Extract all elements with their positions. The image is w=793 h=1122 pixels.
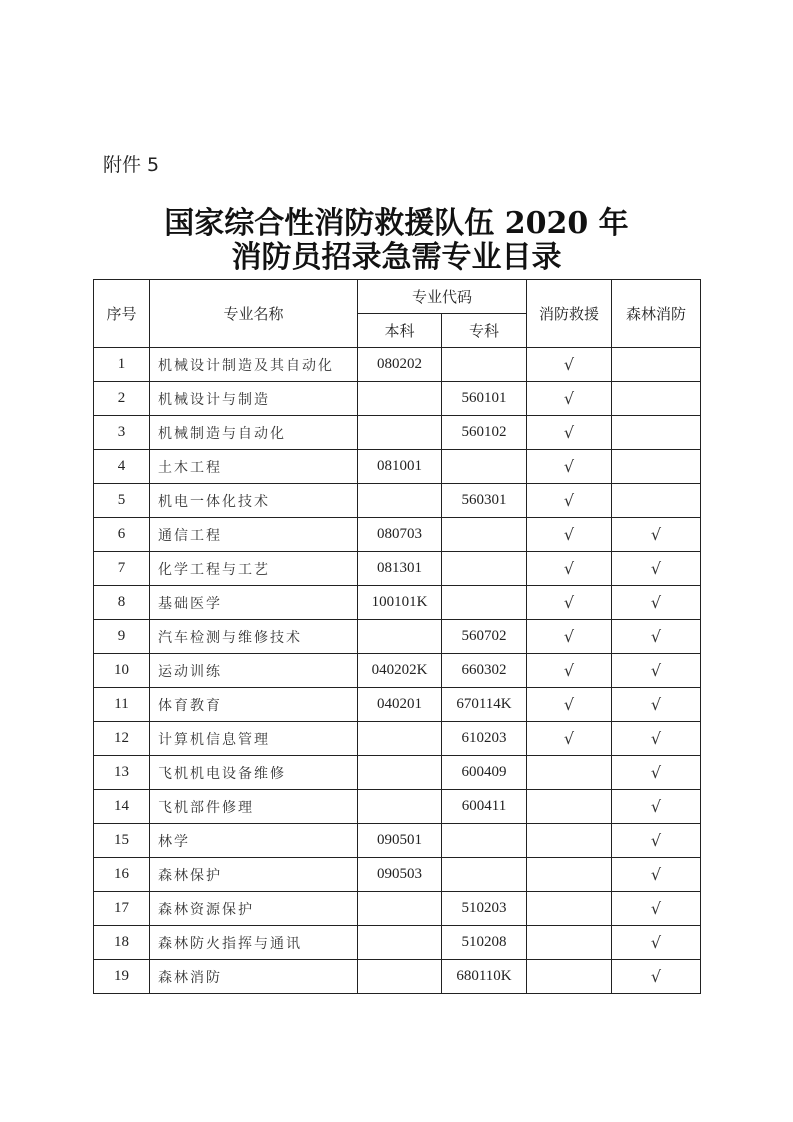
major-name: 森林防火指挥与通讯 bbox=[150, 926, 358, 960]
college-code: 560301 bbox=[442, 484, 527, 518]
undergrad-code: 090503 bbox=[358, 858, 442, 892]
major-name: 体育教育 bbox=[150, 688, 358, 722]
major-name: 机电一体化技术 bbox=[150, 484, 358, 518]
fire-rescue-check: √ bbox=[527, 450, 612, 484]
college-code bbox=[442, 518, 527, 552]
undergrad-code: 081001 bbox=[358, 450, 442, 484]
forest-fire-check: √ bbox=[612, 892, 701, 926]
fire-rescue-check bbox=[527, 926, 612, 960]
row-index: 16 bbox=[94, 858, 150, 892]
header-row: 序号 专业名称 专业代码 消防救援 森林消防 bbox=[94, 280, 701, 314]
fire-rescue-check bbox=[527, 960, 612, 994]
forest-fire-check bbox=[612, 348, 701, 382]
row-index: 18 bbox=[94, 926, 150, 960]
college-code: 660302 bbox=[442, 654, 527, 688]
major-name: 机械制造与自动化 bbox=[150, 416, 358, 450]
header-undergrad: 本科 bbox=[358, 314, 442, 348]
undergrad-code bbox=[358, 484, 442, 518]
table-row: 10运动训练040202K660302√√ bbox=[94, 654, 701, 688]
row-index: 15 bbox=[94, 824, 150, 858]
table-row: 12计算机信息管理610203√√ bbox=[94, 722, 701, 756]
fire-rescue-check: √ bbox=[527, 654, 612, 688]
major-name: 飞机机电设备维修 bbox=[150, 756, 358, 790]
table-row: 2机械设计与制造560101√ bbox=[94, 382, 701, 416]
majors-table: 序号 专业名称 专业代码 消防救援 森林消防 本科 专科 1机械设计制造及其自动… bbox=[93, 279, 701, 994]
college-code bbox=[442, 450, 527, 484]
table-row: 4土木工程081001√ bbox=[94, 450, 701, 484]
undergrad-code bbox=[358, 382, 442, 416]
fire-rescue-check: √ bbox=[527, 688, 612, 722]
undergrad-code: 080703 bbox=[358, 518, 442, 552]
table-row: 19森林消防680110K√ bbox=[94, 960, 701, 994]
fire-rescue-check: √ bbox=[527, 382, 612, 416]
undergrad-code: 100101K bbox=[358, 586, 442, 620]
major-name: 土木工程 bbox=[150, 450, 358, 484]
table-row: 14飞机部件修理600411√ bbox=[94, 790, 701, 824]
forest-fire-check: √ bbox=[612, 552, 701, 586]
forest-fire-check bbox=[612, 450, 701, 484]
fire-rescue-check: √ bbox=[527, 552, 612, 586]
row-index: 6 bbox=[94, 518, 150, 552]
forest-fire-check: √ bbox=[612, 722, 701, 756]
row-index: 17 bbox=[94, 892, 150, 926]
table-row: 17森林资源保护510203√ bbox=[94, 892, 701, 926]
row-index: 9 bbox=[94, 620, 150, 654]
undergrad-code bbox=[358, 892, 442, 926]
row-index: 10 bbox=[94, 654, 150, 688]
header-forest-fire: 森林消防 bbox=[612, 280, 701, 348]
row-index: 11 bbox=[94, 688, 150, 722]
row-index: 12 bbox=[94, 722, 150, 756]
undergrad-code bbox=[358, 756, 442, 790]
row-index: 13 bbox=[94, 756, 150, 790]
forest-fire-check bbox=[612, 484, 701, 518]
major-name: 飞机部件修理 bbox=[150, 790, 358, 824]
undergrad-code bbox=[358, 416, 442, 450]
college-code bbox=[442, 348, 527, 382]
row-index: 3 bbox=[94, 416, 150, 450]
forest-fire-check: √ bbox=[612, 620, 701, 654]
forest-fire-check bbox=[612, 382, 701, 416]
college-code: 680110K bbox=[442, 960, 527, 994]
fire-rescue-check bbox=[527, 892, 612, 926]
table-row: 11体育教育040201670114K√√ bbox=[94, 688, 701, 722]
major-name: 化学工程与工艺 bbox=[150, 552, 358, 586]
forest-fire-check: √ bbox=[612, 654, 701, 688]
table-row: 8基础医学100101K√√ bbox=[94, 586, 701, 620]
college-code: 600409 bbox=[442, 756, 527, 790]
undergrad-code bbox=[358, 960, 442, 994]
table-row: 13飞机机电设备维修600409√ bbox=[94, 756, 701, 790]
fire-rescue-check: √ bbox=[527, 722, 612, 756]
row-index: 1 bbox=[94, 348, 150, 382]
college-code bbox=[442, 586, 527, 620]
fire-rescue-check: √ bbox=[527, 484, 612, 518]
college-code: 510208 bbox=[442, 926, 527, 960]
undergrad-code bbox=[358, 790, 442, 824]
college-code: 510203 bbox=[442, 892, 527, 926]
major-name: 汽车检测与维修技术 bbox=[150, 620, 358, 654]
table-row: 3机械制造与自动化560102√ bbox=[94, 416, 701, 450]
forest-fire-check bbox=[612, 416, 701, 450]
college-code bbox=[442, 824, 527, 858]
table-row: 6通信工程080703√√ bbox=[94, 518, 701, 552]
forest-fire-check: √ bbox=[612, 586, 701, 620]
table-body: 1机械设计制造及其自动化080202√2机械设计与制造560101√3机械制造与… bbox=[94, 348, 701, 994]
fire-rescue-check: √ bbox=[527, 518, 612, 552]
forest-fire-check: √ bbox=[612, 858, 701, 892]
header-major-code: 专业代码 bbox=[358, 280, 527, 314]
major-name: 林学 bbox=[150, 824, 358, 858]
college-code: 600411 bbox=[442, 790, 527, 824]
row-index: 19 bbox=[94, 960, 150, 994]
fire-rescue-check bbox=[527, 824, 612, 858]
major-name: 机械设计制造及其自动化 bbox=[150, 348, 358, 382]
table-row: 1机械设计制造及其自动化080202√ bbox=[94, 348, 701, 382]
college-code bbox=[442, 552, 527, 586]
table-row: 5机电一体化技术560301√ bbox=[94, 484, 701, 518]
major-name: 计算机信息管理 bbox=[150, 722, 358, 756]
row-index: 8 bbox=[94, 586, 150, 620]
table-row: 7化学工程与工艺081301√√ bbox=[94, 552, 701, 586]
table-row: 9汽车检测与维修技术560702√√ bbox=[94, 620, 701, 654]
forest-fire-check: √ bbox=[612, 824, 701, 858]
fire-rescue-check: √ bbox=[527, 348, 612, 382]
college-code: 560101 bbox=[442, 382, 527, 416]
attachment-label: 附件 5 bbox=[103, 150, 159, 177]
fire-rescue-check bbox=[527, 790, 612, 824]
major-name: 机械设计与制造 bbox=[150, 382, 358, 416]
forest-fire-check: √ bbox=[612, 960, 701, 994]
row-index: 4 bbox=[94, 450, 150, 484]
table-row: 16森林保护090503√ bbox=[94, 858, 701, 892]
fire-rescue-check bbox=[527, 756, 612, 790]
row-index: 5 bbox=[94, 484, 150, 518]
college-code: 670114K bbox=[442, 688, 527, 722]
fire-rescue-check: √ bbox=[527, 416, 612, 450]
undergrad-code: 040201 bbox=[358, 688, 442, 722]
major-name: 森林资源保护 bbox=[150, 892, 358, 926]
college-code: 560702 bbox=[442, 620, 527, 654]
header-index: 序号 bbox=[94, 280, 150, 348]
major-name: 运动训练 bbox=[150, 654, 358, 688]
major-name: 通信工程 bbox=[150, 518, 358, 552]
undergrad-code: 040202K bbox=[358, 654, 442, 688]
row-index: 14 bbox=[94, 790, 150, 824]
major-name: 森林消防 bbox=[150, 960, 358, 994]
forest-fire-check: √ bbox=[612, 756, 701, 790]
fire-rescue-check bbox=[527, 858, 612, 892]
table-row: 18森林防火指挥与通讯510208√ bbox=[94, 926, 701, 960]
college-code bbox=[442, 858, 527, 892]
major-name: 基础医学 bbox=[150, 586, 358, 620]
fire-rescue-check: √ bbox=[527, 586, 612, 620]
college-code: 610203 bbox=[442, 722, 527, 756]
undergrad-code: 081301 bbox=[358, 552, 442, 586]
row-index: 2 bbox=[94, 382, 150, 416]
forest-fire-check: √ bbox=[612, 688, 701, 722]
fire-rescue-check: √ bbox=[527, 620, 612, 654]
table-row: 15林学090501√ bbox=[94, 824, 701, 858]
header-college: 专科 bbox=[442, 314, 527, 348]
undergrad-code: 080202 bbox=[358, 348, 442, 382]
forest-fire-check: √ bbox=[612, 518, 701, 552]
undergrad-code bbox=[358, 926, 442, 960]
forest-fire-check: √ bbox=[612, 926, 701, 960]
undergrad-code bbox=[358, 722, 442, 756]
undergrad-code bbox=[358, 620, 442, 654]
forest-fire-check: √ bbox=[612, 790, 701, 824]
header-fire-rescue: 消防救援 bbox=[527, 280, 612, 348]
college-code: 560102 bbox=[442, 416, 527, 450]
undergrad-code: 090501 bbox=[358, 824, 442, 858]
major-name: 森林保护 bbox=[150, 858, 358, 892]
document-title-line-2: 消防员招录急需专业目录 bbox=[0, 232, 793, 276]
header-major-name: 专业名称 bbox=[150, 280, 358, 348]
row-index: 7 bbox=[94, 552, 150, 586]
